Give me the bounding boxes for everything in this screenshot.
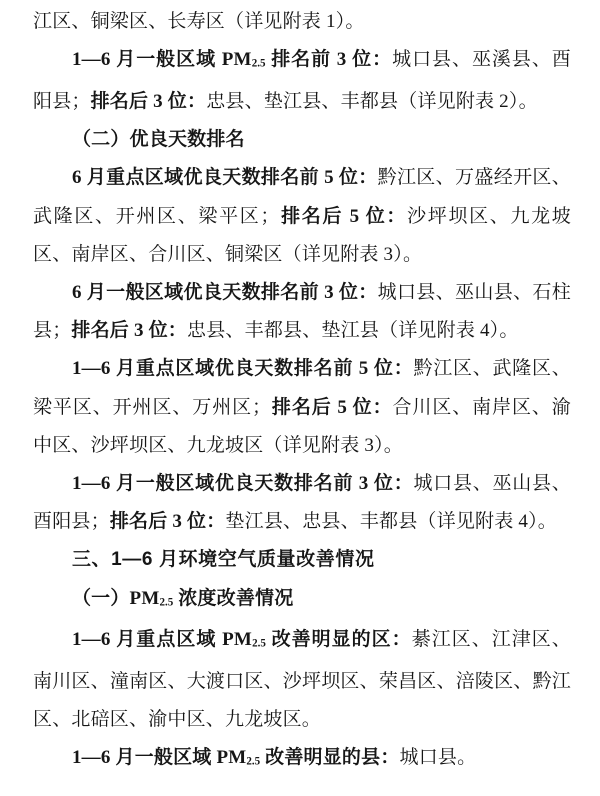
para-jan-jun-key-region-good-days: 1—6 月重点区域优良天数排名前 5 位：黔江区、武隆区、梁平区、开州区、万州区… (33, 350, 571, 465)
bold-run: 1—6 月一般区域 PM (72, 49, 252, 70)
heading-section-three-improvement: 三、1—6 月环境空气质量改善情况 (33, 541, 571, 579)
heading-good-days-ranking: （二）优良天数排名 (33, 121, 571, 159)
para-jun-key-region-good-days: 6 月重点区域优良天数排名前 5 位：黔江区、万盛经开区、武隆区、开州区、梁平区… (33, 159, 571, 274)
bold-run: 6 月一般区域优良天数排名前 3 位： (72, 282, 378, 303)
bold-run: 1—6 月重点区域 PM (72, 629, 252, 650)
para-district-list-continued: 江区、铜梁区、长寿区（详见附表 1）。 (33, 3, 571, 41)
para-jan-jun-general-pm25-ranking: 1—6 月一般区域 PM2.5 排名前 3 位：城口县、巫溪县、酉阳县；排名后 … (33, 41, 571, 121)
para-jan-jun-general-region-good-days: 1—6 月一般区域优良天数排名前 3 位：城口县、巫山县、酉阳县；排名后 3 位… (33, 465, 571, 541)
bold-run: 1—6 月重点区域优良天数排名前 5 位： (72, 358, 414, 379)
para-jan-jun-key-region-pm25-improved: 1—6 月重点区域 PM2.5 改善明显的区：綦江区、江津区、南川区、潼南区、大… (33, 621, 571, 739)
bold-run: （二）优良天数排名 (72, 129, 245, 150)
bold-run: 改善明显的县： (260, 747, 399, 768)
bold-run: 浓度改善情况 (173, 588, 293, 609)
text-run: 垫江县、忠县、丰都县（详见附表 4）。 (225, 511, 557, 532)
bold-run: 排名后 3 位： (91, 91, 207, 112)
subscript-text: 2.5 (159, 596, 173, 608)
bold-run: 1—6 月一般区域优良天数排名前 3 位： (72, 473, 414, 494)
text-run: 城口县。 (400, 747, 477, 768)
text-run: 忠县、垫江县、丰都县（详见附表 2）。 (206, 91, 538, 112)
text-run: 江区、铜梁区、长寿区（详见附表 1）。 (33, 11, 365, 32)
document-body: 江区、铜梁区、长寿区（详见附表 1）。1—6 月一般区域 PM2.5 排名前 3… (0, 0, 600, 781)
bold-run: 排名后 5 位： (271, 397, 392, 418)
document-page: 江区、铜梁区、长寿区（详见附表 1）。1—6 月一般区域 PM2.5 排名前 3… (0, 0, 600, 796)
bold-run: 三、1—6 月环境空气质量改善情况 (72, 549, 375, 570)
bold-run: 排名后 3 位： (110, 511, 226, 532)
bold-run: 排名后 5 位： (280, 206, 407, 227)
bold-run: （一）PM (72, 588, 160, 609)
bold-run: 排名前 3 位： (265, 49, 392, 70)
bold-run: 排名后 3 位： (71, 320, 187, 341)
para-jan-jun-general-region-pm25-improved: 1—6 月一般区域 PM2.5 改善明显的县：城口县。 (33, 739, 571, 781)
bold-run: 6 月重点区域优良天数排名前 5 位： (72, 167, 378, 188)
bold-run: 1—6 月一般区域 PM (72, 747, 246, 768)
subscript-text: 2.5 (246, 756, 260, 768)
bold-run: 改善明显的区： (266, 629, 412, 650)
para-jun-general-region-good-days: 6 月一般区域优良天数排名前 3 位：城口县、巫山县、石柱县；排名后 3 位：忠… (33, 274, 571, 350)
subscript-text: 2.5 (252, 638, 266, 650)
subscript-text: 2.5 (252, 58, 266, 70)
heading-pm25-improvement: （一）PM2.5 浓度改善情况 (33, 580, 571, 622)
text-run: 忠县、丰都县、垫江县（详见附表 4）。 (187, 320, 519, 341)
